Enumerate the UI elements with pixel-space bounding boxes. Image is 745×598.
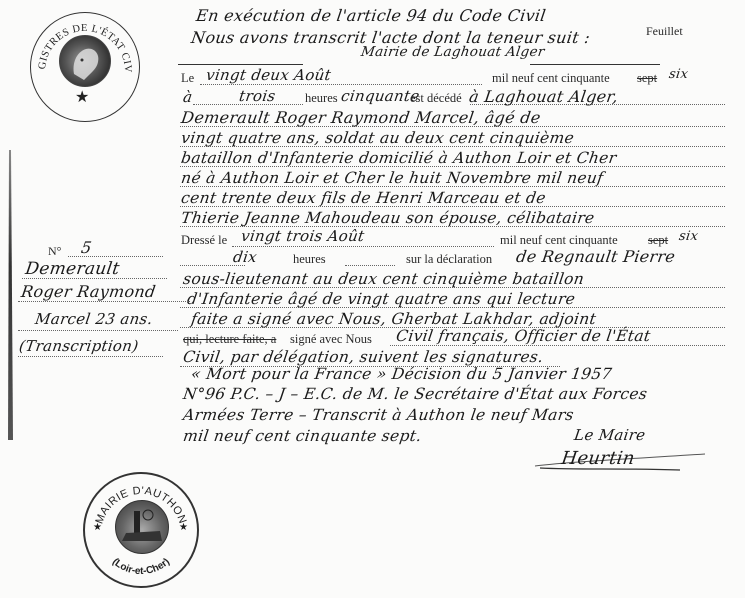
sept-struck-2: sept xyxy=(648,233,668,248)
margin-binding-line xyxy=(8,150,13,440)
deceased-age-line: vingt quatre ans, soldat au deux cent ci… xyxy=(180,129,575,147)
heures-label: heures xyxy=(305,91,338,106)
printed-signed-prefix: qui, lecture faite, a xyxy=(183,332,276,347)
sept-struck-1: sept xyxy=(637,71,657,86)
declarant-rank-line: sous-lieutenant au deux cent cinquième b… xyxy=(182,270,585,288)
marianne-profile-icon xyxy=(60,36,110,86)
margin-note: (Transcription) xyxy=(18,337,140,355)
registres-etat-civil-seal: REGISTRES DE L'ÉTAT CIVIL ★ xyxy=(30,12,140,122)
le-label: Le xyxy=(181,71,194,86)
mairie-authon-stamp: MAIRIE D'AUTHON (Loir-et-Cher) ★ ★ xyxy=(83,472,199,588)
declarant: de Regnault Pierre xyxy=(515,247,677,266)
date-drawn-field xyxy=(232,246,494,247)
marianne-medallion xyxy=(59,35,111,87)
margin-no-label: N° xyxy=(48,244,61,259)
minutes-drawn-field xyxy=(345,265,395,266)
officer-part1: Civil français, Officier de l'État xyxy=(395,327,652,345)
date-death: vingt deux Août xyxy=(205,66,332,84)
seal-star-icon: ★ xyxy=(75,87,89,107)
signed-line: faite a signé avec Nous, Gherbat Lakhdar… xyxy=(190,310,597,328)
deceased-mother-line: Thierie Jeanne Mahoudeau son épouse, cél… xyxy=(180,209,596,227)
margin-surname: Demerault xyxy=(24,259,121,279)
margin-number: 5 xyxy=(80,238,93,257)
feuillet-label: Feuillet xyxy=(646,24,683,39)
mil-label-2: mil neuf cent cinquante xyxy=(500,233,618,248)
header-rule xyxy=(178,64,303,65)
header-rule-right xyxy=(530,64,660,65)
date-drawn: vingt trois Août xyxy=(240,227,366,245)
hour-drawn: dix xyxy=(232,248,258,266)
minutes-death: cinquante xyxy=(340,87,421,105)
mention-line-3: Armées Terre – Transcrit à Authon le neu… xyxy=(182,406,575,424)
monument-icon xyxy=(116,501,168,553)
officer-part2: Civil, par délégation, suivent les signa… xyxy=(182,348,545,366)
year-suffix-2: six xyxy=(678,229,699,244)
mayor-signature: Heurtin xyxy=(530,448,710,478)
stamp-center-emblem xyxy=(115,500,169,554)
heures-label-2: heures xyxy=(293,252,326,267)
a-label: à xyxy=(182,88,194,106)
deceased-name-line: Demerault Roger Raymond Marcel, âgé de xyxy=(180,108,542,127)
hour-death: trois xyxy=(238,87,277,105)
header-line-1: En exécution de l'article 94 du Code Civ… xyxy=(195,6,547,25)
est-decede-label: est décédé xyxy=(410,91,462,106)
stamp-star-right-icon: ★ xyxy=(179,522,188,533)
stamp-star-left-icon: ★ xyxy=(93,522,102,533)
officer-field xyxy=(390,345,725,346)
margin-given-names-2: Marcel 23 ans. xyxy=(34,310,154,328)
margin-given-names: Roger Raymond xyxy=(20,282,157,301)
mention-line-4: mil neuf cent cinquante sept. xyxy=(182,427,423,445)
mil-label-1: mil neuf cent cinquante xyxy=(492,71,610,86)
le-maire: Le Maire xyxy=(573,426,647,444)
dresse-label: Dressé le xyxy=(181,233,227,248)
svg-text:(Loir-et-Cher): (Loir-et-Cher) xyxy=(110,556,172,577)
deceased-born-line: né à Authon Loir et Cher le huit Novembr… xyxy=(180,169,605,187)
deceased-bataillon-line: bataillon d'Infanterie domicilié à Autho… xyxy=(180,149,618,167)
printed-signed-label: signé avec Nous xyxy=(290,332,372,347)
place-death: à Laghouat Alger, xyxy=(468,87,619,106)
year-suffix-1: six xyxy=(668,67,689,82)
margin-rule xyxy=(18,356,163,357)
mention-line-1: « Mort pour la France » Décision du 5 Ja… xyxy=(190,365,613,383)
margin-rule xyxy=(18,301,190,302)
margin-rule xyxy=(18,330,178,331)
declarant-age-line: d'Infanterie âgé de vingt quatre ans qui… xyxy=(186,290,576,308)
date-death-field xyxy=(200,84,482,85)
mention-line-2: N°96 P.C. – J – E.C. de M. le Secrétaire… xyxy=(182,385,648,403)
deceased-parents-line: cent trente deux fils de Henri Marceau e… xyxy=(180,189,547,207)
sur-declaration-label: sur la déclaration xyxy=(406,252,492,267)
mairie-line: Mairie de Laghouat Alger xyxy=(360,44,546,60)
